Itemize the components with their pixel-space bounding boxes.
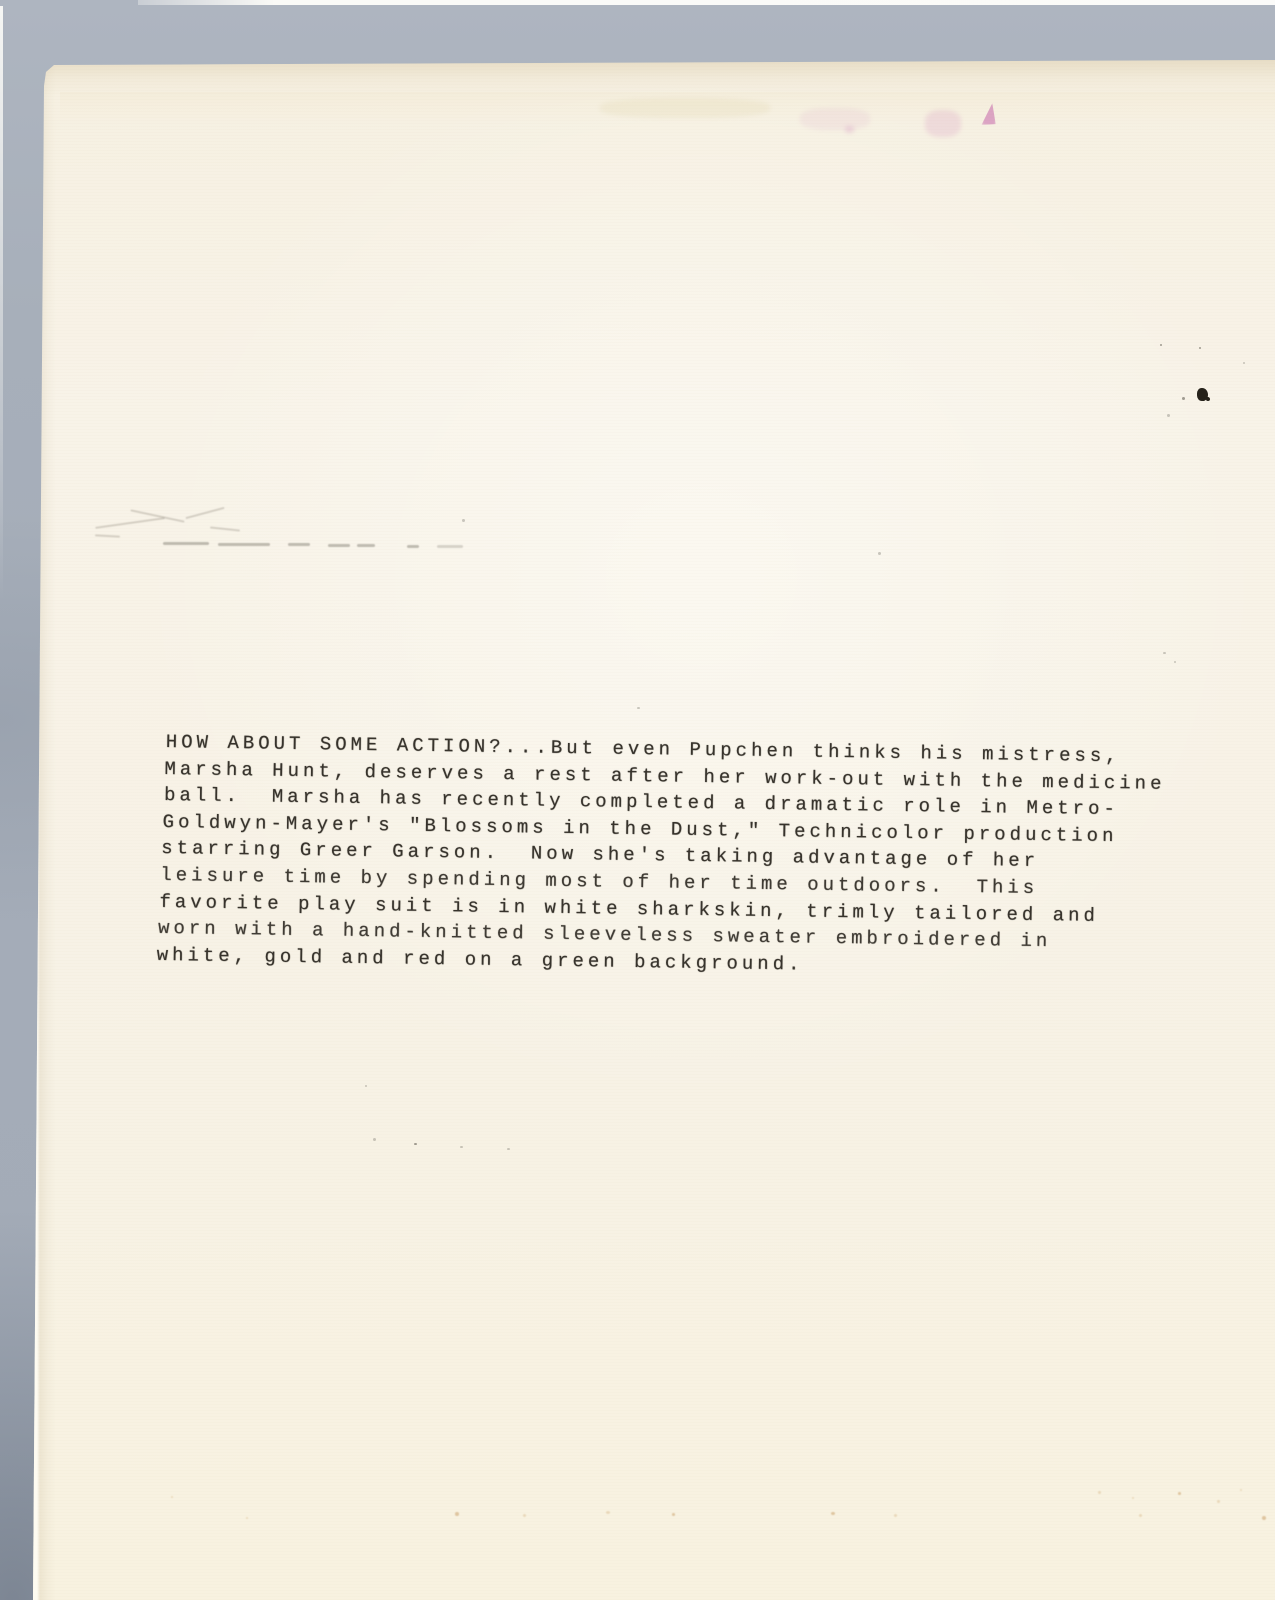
foxing-spot: [1139, 1514, 1142, 1517]
foxing-spot: [672, 1513, 675, 1516]
ink-speck: [1206, 397, 1210, 401]
ink-speck: [1160, 344, 1162, 346]
erased-text-dash: [407, 545, 419, 548]
foxing-spot: [1217, 1500, 1220, 1503]
stamp-remnant-yellow: [600, 98, 770, 118]
erased-text-dash: [163, 542, 209, 545]
erased-text-dash: [288, 543, 310, 546]
paper-speck: [637, 707, 640, 709]
foxing-spot: [1262, 1516, 1266, 1520]
ink-speck: [1199, 347, 1201, 349]
ink-speck: [1182, 397, 1185, 400]
foxing-spot: [1132, 1497, 1134, 1499]
foxing-spot: [606, 1511, 610, 1514]
paper-speck: [460, 1146, 463, 1148]
pencil-smudge: [185, 507, 224, 519]
foxing-spot: [894, 1514, 897, 1517]
stamp-remnant-pink-wash: [800, 108, 870, 130]
pencil-smudge: [210, 526, 240, 531]
foxing-spot: [455, 1512, 459, 1516]
foxing-spot: [1098, 1491, 1101, 1494]
paper-speck: [878, 552, 881, 555]
paper-speck: [373, 1138, 376, 1141]
erased-text-dash: [357, 544, 375, 547]
foxing-spot: [171, 1496, 173, 1498]
paper-speck: [414, 1143, 417, 1145]
foxing-spot: [523, 1514, 526, 1517]
paper-speck: [365, 1085, 367, 1087]
stamp-remnant-pink-blob: [925, 110, 961, 137]
typed-caption-block: HOW ABOUT SOME ACTION?...But even Pupche…: [162, 729, 1225, 984]
erased-text-dash: [437, 545, 463, 548]
pencil-speck: [462, 519, 465, 522]
erased-text-dash: [328, 544, 350, 547]
erased-text-dash: [218, 543, 270, 546]
ink-speck: [1167, 414, 1170, 417]
scan-edge-sliver-top: [138, 0, 1275, 5]
pencil-smudge: [95, 517, 165, 529]
paper-speck: [1174, 661, 1176, 663]
foxing-spot: [1178, 1492, 1181, 1495]
foxing-spot: [246, 1517, 248, 1519]
ink-speck: [1243, 362, 1245, 364]
stamp-remnant-pink-dot: [845, 126, 854, 133]
foxing-spot: [1240, 1489, 1242, 1491]
photo-paper-back: HOW ABOUT SOME ACTION?...But even Pupche…: [0, 0, 1275, 1600]
pencil-smudge: [95, 534, 120, 537]
scanned-document: HOW ABOUT SOME ACTION?...But even Pupche…: [0, 0, 1275, 1600]
scan-edge-sliver-left: [0, 6, 3, 626]
paper-speck: [507, 1148, 510, 1150]
paper-speck: [1163, 652, 1166, 654]
foxing-spot: [831, 1512, 835, 1515]
